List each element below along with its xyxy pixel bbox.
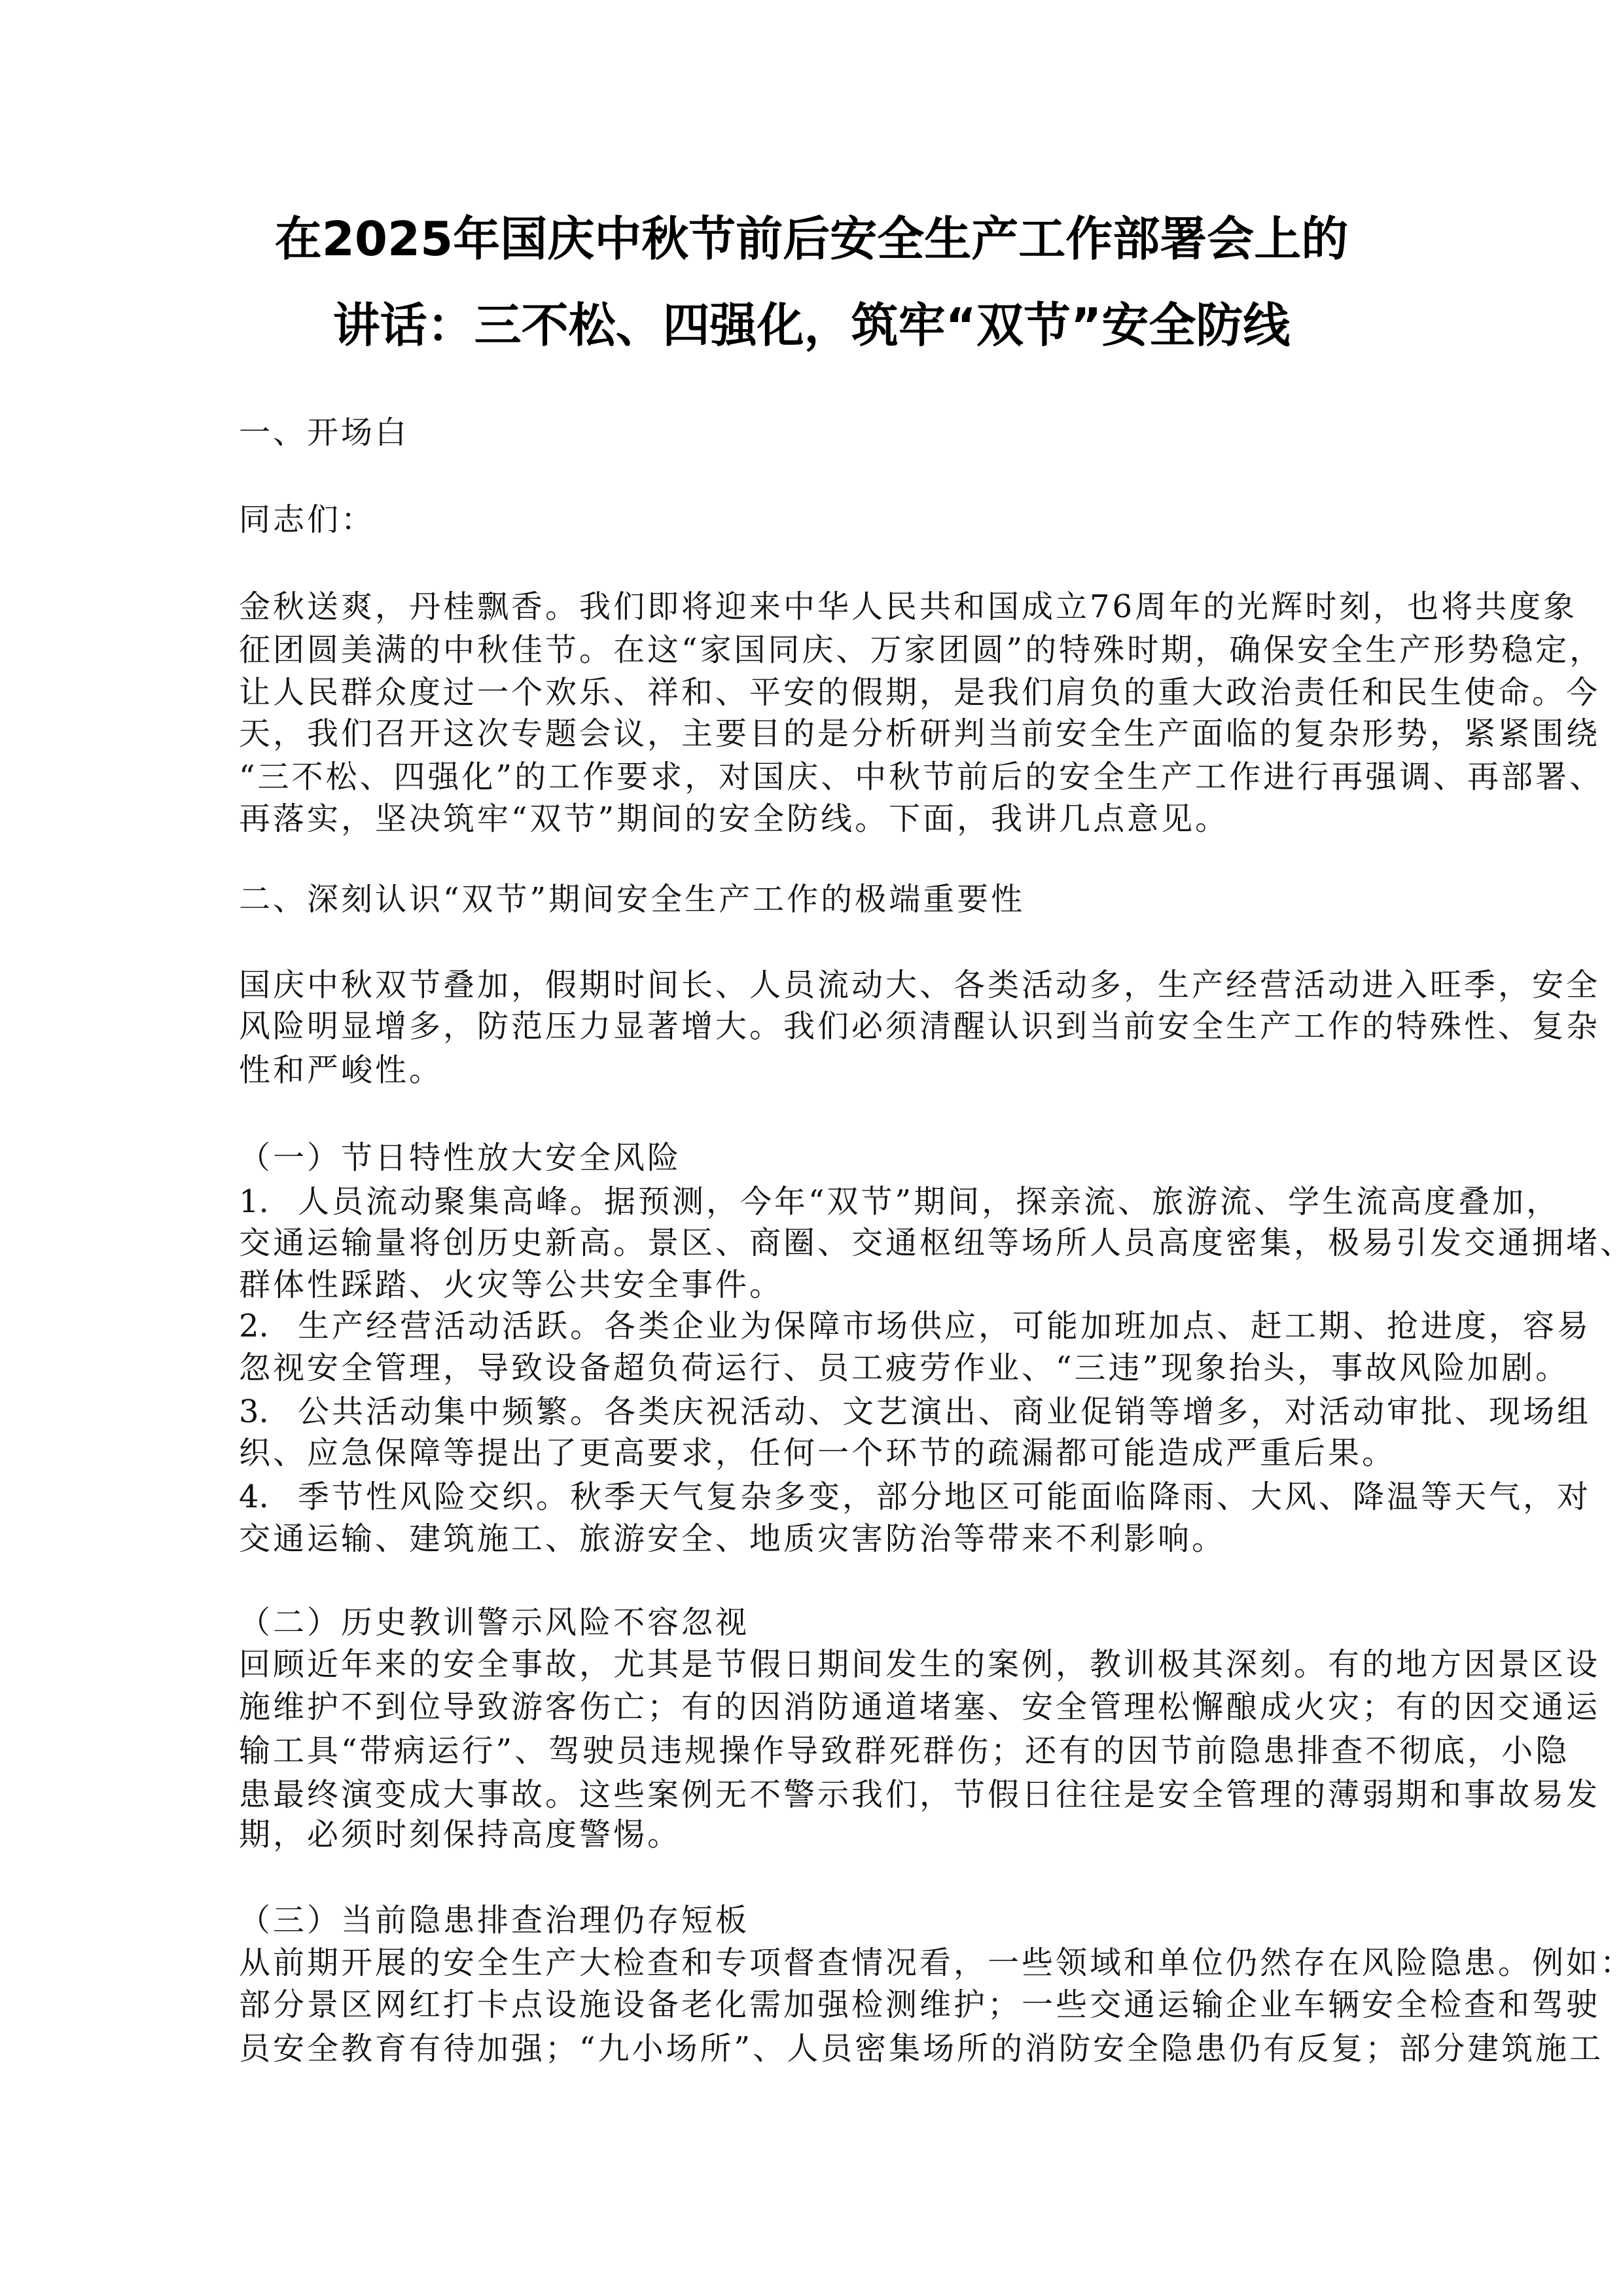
- section-heading: 一、开场白: [239, 416, 1379, 450]
- subsection-heading: （一）节日特性放大安全风险: [239, 1141, 1379, 1175]
- paragraph-line: 性和严峻性。: [239, 1053, 1379, 1087]
- paragraph-line: 施维护不到位导致游客伤亡；有的因消防通道堵塞、安全管理松懈酿成火灾；有的因交通运: [239, 1690, 1379, 1724]
- paragraph-line: 员安全教育有待加强；“九小场所”、人员密集场所的消防安全隐患仍有反复；部分建筑施…: [239, 2032, 1379, 2066]
- paragraph-line: 让人民群众度过一个欢乐、祥和、平安的假期，是我们肩负的重大政治责任和民生使命。今: [239, 675, 1379, 709]
- title-line: 在2025年国庆中秋节前后安全生产工作部署会上的: [0, 213, 1623, 265]
- paragraph-line: 期，必须时刻保持高度警惕。: [239, 1818, 1379, 1852]
- list-number: 4.: [239, 1480, 298, 1514]
- list-item-text: 人员流动聚集高峰。据预测，今年“双节”期间，探亲流、旅游流、学生流高度叠加，: [298, 1183, 1560, 1220]
- paragraph-line: 部分景区网红打卡点设施设备老化需加强检测维护；一些交通运输企业车辆安全检查和驾驶: [239, 1988, 1379, 2022]
- subsection-heading: （二）历史教训警示风险不容忽视: [239, 1605, 1379, 1640]
- paragraph-line: 国庆中秋双节叠加，假期时间长、人员流动大、各类活动多，生产经营活动进入旺季，安全: [239, 968, 1379, 1002]
- paragraph-line: 患最终演变成大事故。这些案例无不警示我们，节假日往往是安全管理的薄弱期和事故易发: [239, 1778, 1379, 1812]
- paragraph-line: 再落实，坚决筑牢“双节”期间的安全防线。下面，我讲几点意见。: [239, 802, 1379, 836]
- paragraph-line: 输工具“带病运行”、驾驶员违规操作导致群死群伤；还有的因节前隐患排查不彻底，小隐: [239, 1734, 1379, 1768]
- section-heading: 二、深刻认识“双节”期间安全生产工作的极端重要性: [239, 882, 1379, 916]
- list-item-text: 生产经营活动活跃。各类企业为保障市场供应，可能加班加点、赶工期、抢进度，容易: [298, 1308, 1591, 1344]
- list-item-continuation: 忽视安全管理，导致设备超负荷运行、员工疲劳作业、“三违”现象抬头，事故风险加剧。: [239, 1351, 1379, 1385]
- subsection-heading: （三）当前隐患排查治理仍存短板: [239, 1903, 1379, 1937]
- list-item-text: 季节性风险交织。秋季天气复杂多变，部分地区可能面临降雨、大风、降温等天气，对: [298, 1479, 1591, 1515]
- paragraph-line: 同志们：: [239, 503, 1379, 537]
- list-item-continuation: 织、应急保障等提出了更高要求，任何一个环节的疏漏都可能造成严重后果。: [239, 1436, 1379, 1470]
- list-item-continuation: 交通运输、建筑施工、旅游安全、地质灾害防治等带来不利影响。: [239, 1522, 1379, 1556]
- paragraph-line: 回顾近年来的安全事故，尤其是节假日期间发生的案例，教训极其深刻。有的地方因景区设: [239, 1647, 1379, 1681]
- paragraph-line: 金秋送爽，丹桂飘香。我们即将迎来中华人民共和国成立76周年的光辉时刻，也将共度象: [239, 590, 1379, 624]
- list-item: 1.人员流动聚集高峰。据预测，今年“双节”期间，探亲流、旅游流、学生流高度叠加，: [239, 1185, 1379, 1219]
- list-item: 4.季节性风险交织。秋季天气复杂多变，部分地区可能面临降雨、大风、降温等天气，对: [239, 1480, 1379, 1514]
- list-number: 2.: [239, 1309, 298, 1343]
- paragraph-line: 从前期开展的安全生产大检查和专项督查情况看，一些领域和单位仍然存在风险隐患。例如…: [239, 1946, 1379, 1980]
- list-item-text: 公共活动集中频繁。各类庆祝活动、文艺演出、商业促销等增多，对活动审批、现场组: [298, 1393, 1591, 1430]
- list-item: 3.公共活动集中频繁。各类庆祝活动、文艺演出、商业促销等增多，对活动审批、现场组: [239, 1395, 1379, 1429]
- paragraph-line: 天，我们召开这次专题会议，主要目的是分析研判当前安全生产面临的复杂形势，紧紧围绕: [239, 717, 1379, 751]
- document-page: 在2025年国庆中秋节前后安全生产工作部署会上的讲话：三不松、四强化，筑牢“双节…: [0, 0, 1623, 2296]
- list-item-continuation: 交通运输量将创历史新高。景区、商圈、交通枢纽等场所人员高度密集，极易引发交通拥堵…: [239, 1226, 1379, 1260]
- paragraph-line: 风险明显增多，防范压力显著增大。我们必须清醒认识到当前安全生产工作的特殊性、复杂: [239, 1009, 1379, 1043]
- list-number: 3.: [239, 1395, 298, 1429]
- list-item-continuation: 群体性踩踏、火灾等公共安全事件。: [239, 1268, 1379, 1302]
- paragraph-line: 征团圆美满的中秋佳节。在这“家国同庆、万家团圆”的特殊时期，确保安全生产形势稳定…: [239, 633, 1379, 667]
- paragraph-line: “三不松、四强化”的工作要求，对国庆、中秋节前后的安全生产工作进行再强调、再部署…: [239, 760, 1379, 794]
- title-line: 讲话：三不松、四强化，筑牢“双节”安全防线: [0, 299, 1623, 351]
- list-number: 1.: [239, 1185, 298, 1219]
- list-item: 2.生产经营活动活跃。各类企业为保障市场供应，可能加班加点、赶工期、抢进度，容易: [239, 1309, 1379, 1343]
